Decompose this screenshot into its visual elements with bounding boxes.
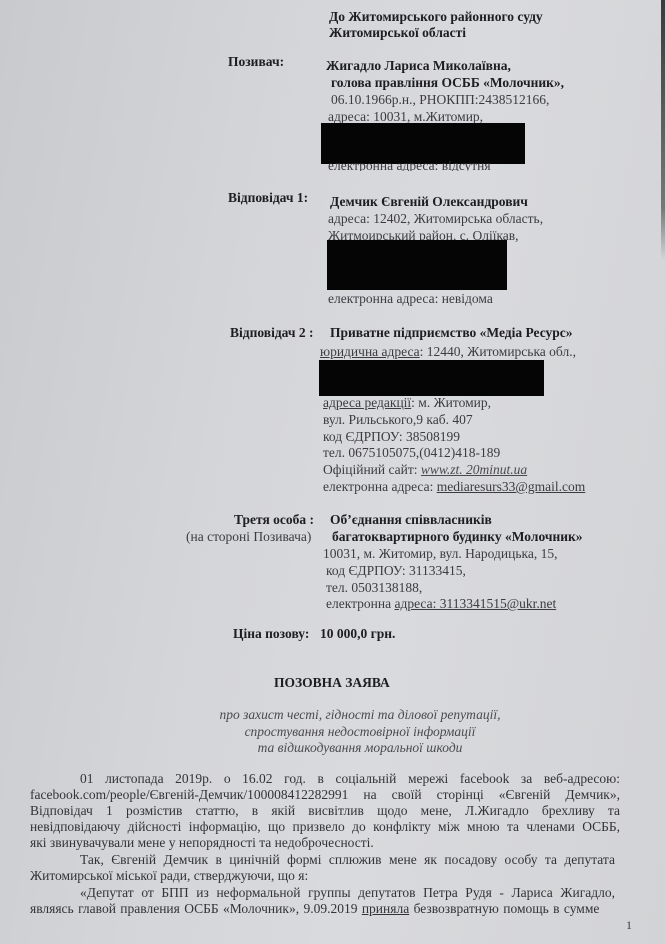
body-line: являясь главой правления ОСББ «Молочник»…: [30, 901, 620, 917]
third-party-name-2: багатоквартирного будинку «Молочник»: [332, 529, 583, 545]
defendant1-name: Демчик Євгеній Олександрович: [330, 194, 528, 210]
defendant2-email: електронна адреса: mediaresurs33@gmail.c…: [323, 479, 585, 495]
defendant2-site: Офіційний сайт: www.zt. 20minut.ua: [323, 462, 527, 478]
plaintiff-name: Жигадло Лариса Миколаївна,: [326, 58, 511, 74]
subtitle-line-3: та відшкодування моральної шкоди: [210, 740, 510, 756]
plaintiff-label: Позивач:: [228, 54, 284, 70]
court-line-2: Житомирської області: [329, 25, 466, 41]
body-line: «Депутат от БПП из неформальной группы д…: [80, 885, 615, 901]
subtitle-line-2: спростування недостовірної інформації: [210, 724, 510, 740]
third-party-name-1: Об’єднання співвласників: [330, 512, 492, 528]
site-link[interactable]: www.zt. 20minut.ua: [421, 462, 527, 477]
page-edge-shadow: [661, 0, 665, 260]
defendant2-name: Приватне підприємство «Медіа Ресурс»: [330, 325, 573, 341]
body-line: невідповідаючу дійсності інформацію, що …: [30, 819, 620, 835]
third-party-label: Третя особа :: [234, 512, 314, 528]
email-link[interactable]: mediaresurs33@gmail.com: [437, 479, 586, 494]
defendant1-email: електронна адреса: невідома: [328, 291, 493, 307]
defendant2-phone: тел. 0675105075,(0412)418-189: [323, 445, 500, 461]
redacted-block: [327, 240, 507, 290]
page-number: 1: [626, 917, 632, 933]
plaintiff-email: електронна адреса: відсутня: [328, 161, 491, 171]
document-title: ПОЗОВНА ЗАЯВА: [274, 675, 390, 691]
defendant2-edrpou: код ЄДРПОУ: 38508199: [323, 429, 460, 445]
plaintiff-birth-tax: 06.10.1966р.н., РНОКПП:2438512166,: [331, 92, 549, 108]
body-line: Відповідач 1 розмістив статтю, в якій ви…: [30, 803, 620, 819]
defendant2-label: Відповідач 2 :: [230, 325, 313, 341]
third-party-edrpou: код ЄДРПОУ: 31133415,: [326, 563, 466, 579]
defendant1-address-1: адреса: 12402, Житомирська область,: [328, 211, 543, 227]
body-line: які звинувачували мене у непорядності та…: [30, 835, 374, 851]
email-link[interactable]: адреса: 3113341515@ukr.net: [394, 596, 556, 611]
redacted-block: [321, 123, 525, 164]
document-page: До Житомирського районного суду Житомирс…: [0, 0, 665, 944]
third-party-sublabel: (на стороні Позивача): [186, 529, 311, 545]
third-party-address: 10031, м. Житомир, вул. Народицька, 15,: [323, 546, 557, 562]
defendant1-label: Відповідач 1:: [228, 190, 308, 206]
defendant2-editorial-address: адреса редакції: м. Житомир,: [323, 395, 491, 411]
third-party-email: електронна адреса: 3113341515@ukr.net: [326, 596, 556, 612]
claim-price-value: 10 000,0 грн.: [320, 626, 395, 642]
subtitle-line-1: про захист честі, гідності та ділової ре…: [210, 707, 510, 723]
defendant2-street: вул. Рильського,9 каб. 407: [323, 412, 473, 428]
court-line-1: До Житомирського районного суду: [329, 9, 543, 25]
body-line: facebook.com/people/Євгеній-Демчик/10000…: [30, 787, 620, 803]
third-party-phone: тел. 0503138188,: [326, 580, 422, 596]
plaintiff-position: голова правління ОСББ «Молочник»,: [331, 75, 564, 91]
defendant2-legal-address: юридична адреса: 12440, Житомирська обл.…: [320, 344, 576, 360]
body-line: 01 листопада 2019р. о 16.02 год. в соціа…: [80, 771, 620, 787]
body-line: Так, Євгеній Демчик в цинічній формі спл…: [80, 852, 615, 868]
body-line: Житомирської міської ради, стверджуючи, …: [30, 868, 308, 884]
redacted-block: [319, 360, 544, 396]
claim-price-label: Ціна позову:: [233, 626, 309, 642]
